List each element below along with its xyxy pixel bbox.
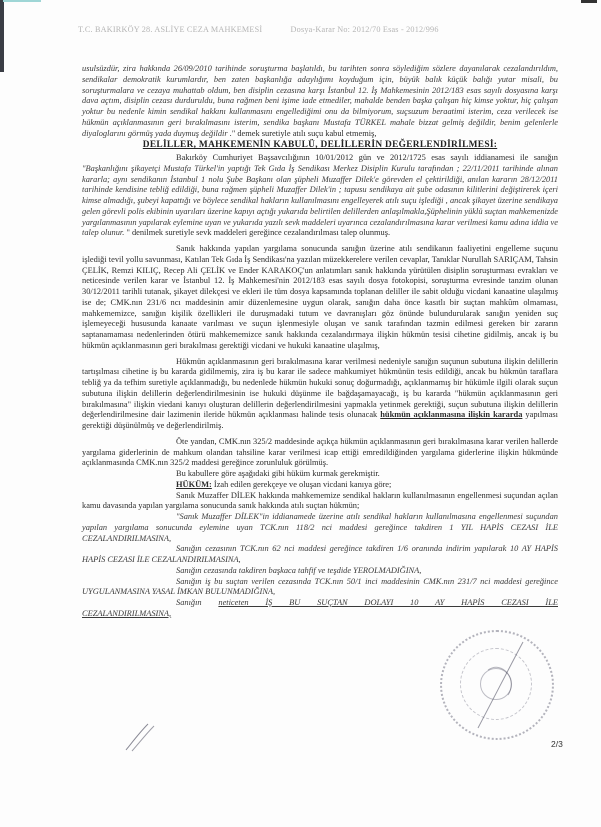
defense-statement-paragraph: usulsüzdür, zira hakkında 26/09/2010 tar… [82, 64, 558, 139]
initials-mark [118, 722, 158, 752]
reduction-paragraph: Sanığın cezasının TCK.nın 62 nci maddesi… [82, 544, 558, 566]
signature-mark [468, 640, 538, 730]
court-name: T.C. BAKIRKÖY 28. ASLİYE CEZA MAHKEMESİ [78, 25, 262, 34]
page-number: 2/3 [551, 739, 563, 749]
final-sentence-paragraph: Sanığın neticeten İŞ BU SUÇTAN DOLAYI 10… [82, 598, 558, 620]
verdict-label: HÜKÜM: [176, 480, 212, 489]
defense-quote: usulsüzdür, zira hakkında 26/09/2010 tar… [82, 64, 558, 138]
defendant-paragraph: Sanık Muzaffer DİLEK hakkında mahkememiz… [82, 491, 558, 513]
no-adjustment-paragraph: Sanığın cezasında takdiren başkaca tahfi… [82, 566, 558, 577]
section-heading: DELİLLER, MAHKEMENİN KABULÜ, DELİLLERİN … [82, 140, 558, 151]
scanner-edge-strip [0, 0, 4, 72]
indictment-tail: " denilmek suretiyle sevk maddeleri gere… [124, 228, 390, 237]
final-sentence-lead: Sanığın [176, 598, 202, 607]
indictment-intro: Bakırköy Cumhuriyet Başsavcılığının 10/0… [176, 153, 558, 162]
scanner-corner-mark [581, 0, 597, 3]
conversion-paragraph: Sanığın iş bu suçtan verilen cezasında T… [82, 577, 558, 599]
document-body: usulsüzdür, zira hakkında 26/09/2010 tar… [82, 64, 558, 620]
scanner-edge-highlight [3, 0, 41, 2]
sentence-paragraph: "Sanık Muzaffer DİLEK"in iddianamede üze… [82, 512, 558, 544]
costs-paragraph: Öte yandan, CMK.nın 325/2 maddesinde açı… [82, 437, 558, 469]
court-seal-stamp [440, 630, 554, 740]
indictment-quote: "Başkanlığını şikayetçi Mustafa Türkel'i… [82, 164, 558, 238]
verdict-paragraph: HÜKÜM: İzah edilen gerekçeye ve oluşan v… [82, 480, 558, 491]
deferment-emphasis: hükmün açıklanmasına ilişkin kararda [380, 410, 522, 419]
conclusion-paragraph: Bu kabullere göre aşağıdaki gibi hüküm k… [82, 469, 558, 480]
verdict-intro: İzah edilen gerekçeye ve oluşan vicdani … [212, 480, 392, 489]
page-header: T.C. BAKIRKÖY 28. ASLİYE CEZA MAHKEMESİ … [78, 25, 538, 34]
case-number: Dosya-Karar No: 2012/70 Esas - 2012/996 [291, 25, 439, 34]
deferment-paragraph: Hükmün açıklanmasının geri bırakılmasına… [82, 357, 558, 432]
evaluation-paragraph: Sanık hakkında yapılan yargılama sonucun… [82, 244, 558, 352]
defense-quote-tail: " demek suretiyle atılı suçu kabul etmem… [232, 129, 377, 138]
indictment-paragraph: Bakırköy Cumhuriyet Başsavcılığının 10/0… [82, 153, 558, 239]
final-sentence-emphasis: neticeten İŞ BU SUÇTAN DOLAYI 10 AY HAPİ… [82, 598, 558, 618]
